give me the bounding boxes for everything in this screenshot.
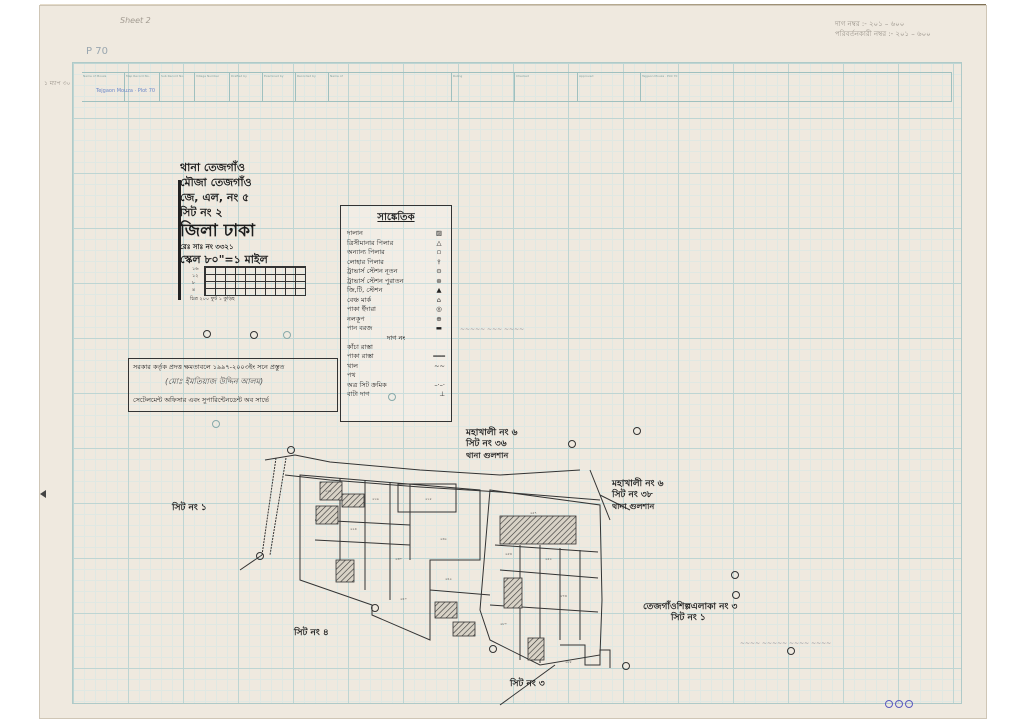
svg-text:২৪০: ২৪০ [400, 597, 408, 601]
traverse-station-icon [371, 604, 379, 612]
traverse-station-icon [787, 647, 795, 655]
traverse-station-icon [388, 393, 396, 401]
traverse-station-icon [731, 571, 739, 579]
west-sheet-label: সিট নং ১ [172, 503, 207, 514]
traverse-station-icon [568, 440, 576, 448]
svg-text:২৩২: ২৩২ [440, 537, 448, 541]
svg-text:২৫২: ২৫২ [545, 557, 553, 561]
southwest-sheet-label: সিট নং ৪ [294, 628, 329, 639]
traverse-station-icon [250, 331, 258, 339]
traverse-station-icon [732, 591, 740, 599]
traverse-station-icon [203, 330, 211, 338]
svg-text:২২৪: ২২৪ [350, 527, 358, 531]
traverse-station-icon [212, 420, 220, 428]
svg-text:২৫৩: ২৫৩ [505, 552, 513, 556]
east-adjacent-label: মহাখালী নং ৬ সিট নং ৩৮ থানা গুলশান [612, 479, 664, 512]
pencil-annotation: ~~~~ ~~~~~ ~~~~ ~~~~ [740, 640, 831, 647]
stamp-circles [885, 700, 913, 708]
stamp-circle-icon [885, 700, 893, 708]
svg-text:২৮৫: ২৮৫ [565, 660, 573, 664]
svg-text:২৩০: ২৩০ [395, 557, 403, 561]
svg-text:২৪২: ২৪২ [445, 577, 453, 581]
svg-text:২১৫: ২১৫ [425, 497, 433, 501]
header-entry-note: Tejgaon Mouza · Plot 70 [96, 88, 155, 94]
traverse-station-icon [633, 427, 641, 435]
stamp-circle-icon [895, 700, 903, 708]
plot-map: ২১৮২১৬২১৫ ২২৪২৩২২৩০ ২৫৭২৫৩২৫২ ২৭৩২৮০২৮৫ … [0, 0, 1024, 723]
north-adjacent-label: মহাখালী নং ৬ সিট নং ৩৬ থানা গুলশান [466, 428, 518, 461]
traverse-station-icon [256, 552, 264, 560]
traverse-station-icon [489, 645, 497, 653]
traverse-station-icon [283, 331, 291, 339]
traverse-station-icon [622, 662, 630, 670]
traverse-station-icon [287, 446, 295, 454]
svg-text:২১৬: ২১৬ [372, 497, 380, 501]
svg-text:২৮০: ২৮০ [500, 622, 508, 626]
stamp-circle-icon [905, 700, 913, 708]
south-sheet-label: সিট নং ৩ [510, 679, 545, 690]
southeast-adjacent-label: তেজগাঁওশিল্পএলাকা নং ৩ সিট নং ১ [643, 602, 737, 624]
pencil-annotation: ~~~~~ ~~~ ~~~~ [460, 326, 524, 333]
svg-text:২৫৭: ২৫৭ [530, 511, 538, 515]
svg-text:২১৮: ২১৮ [325, 489, 333, 493]
edge-marker-icon [40, 490, 46, 498]
svg-text:২৭৩: ২৭৩ [560, 594, 568, 598]
